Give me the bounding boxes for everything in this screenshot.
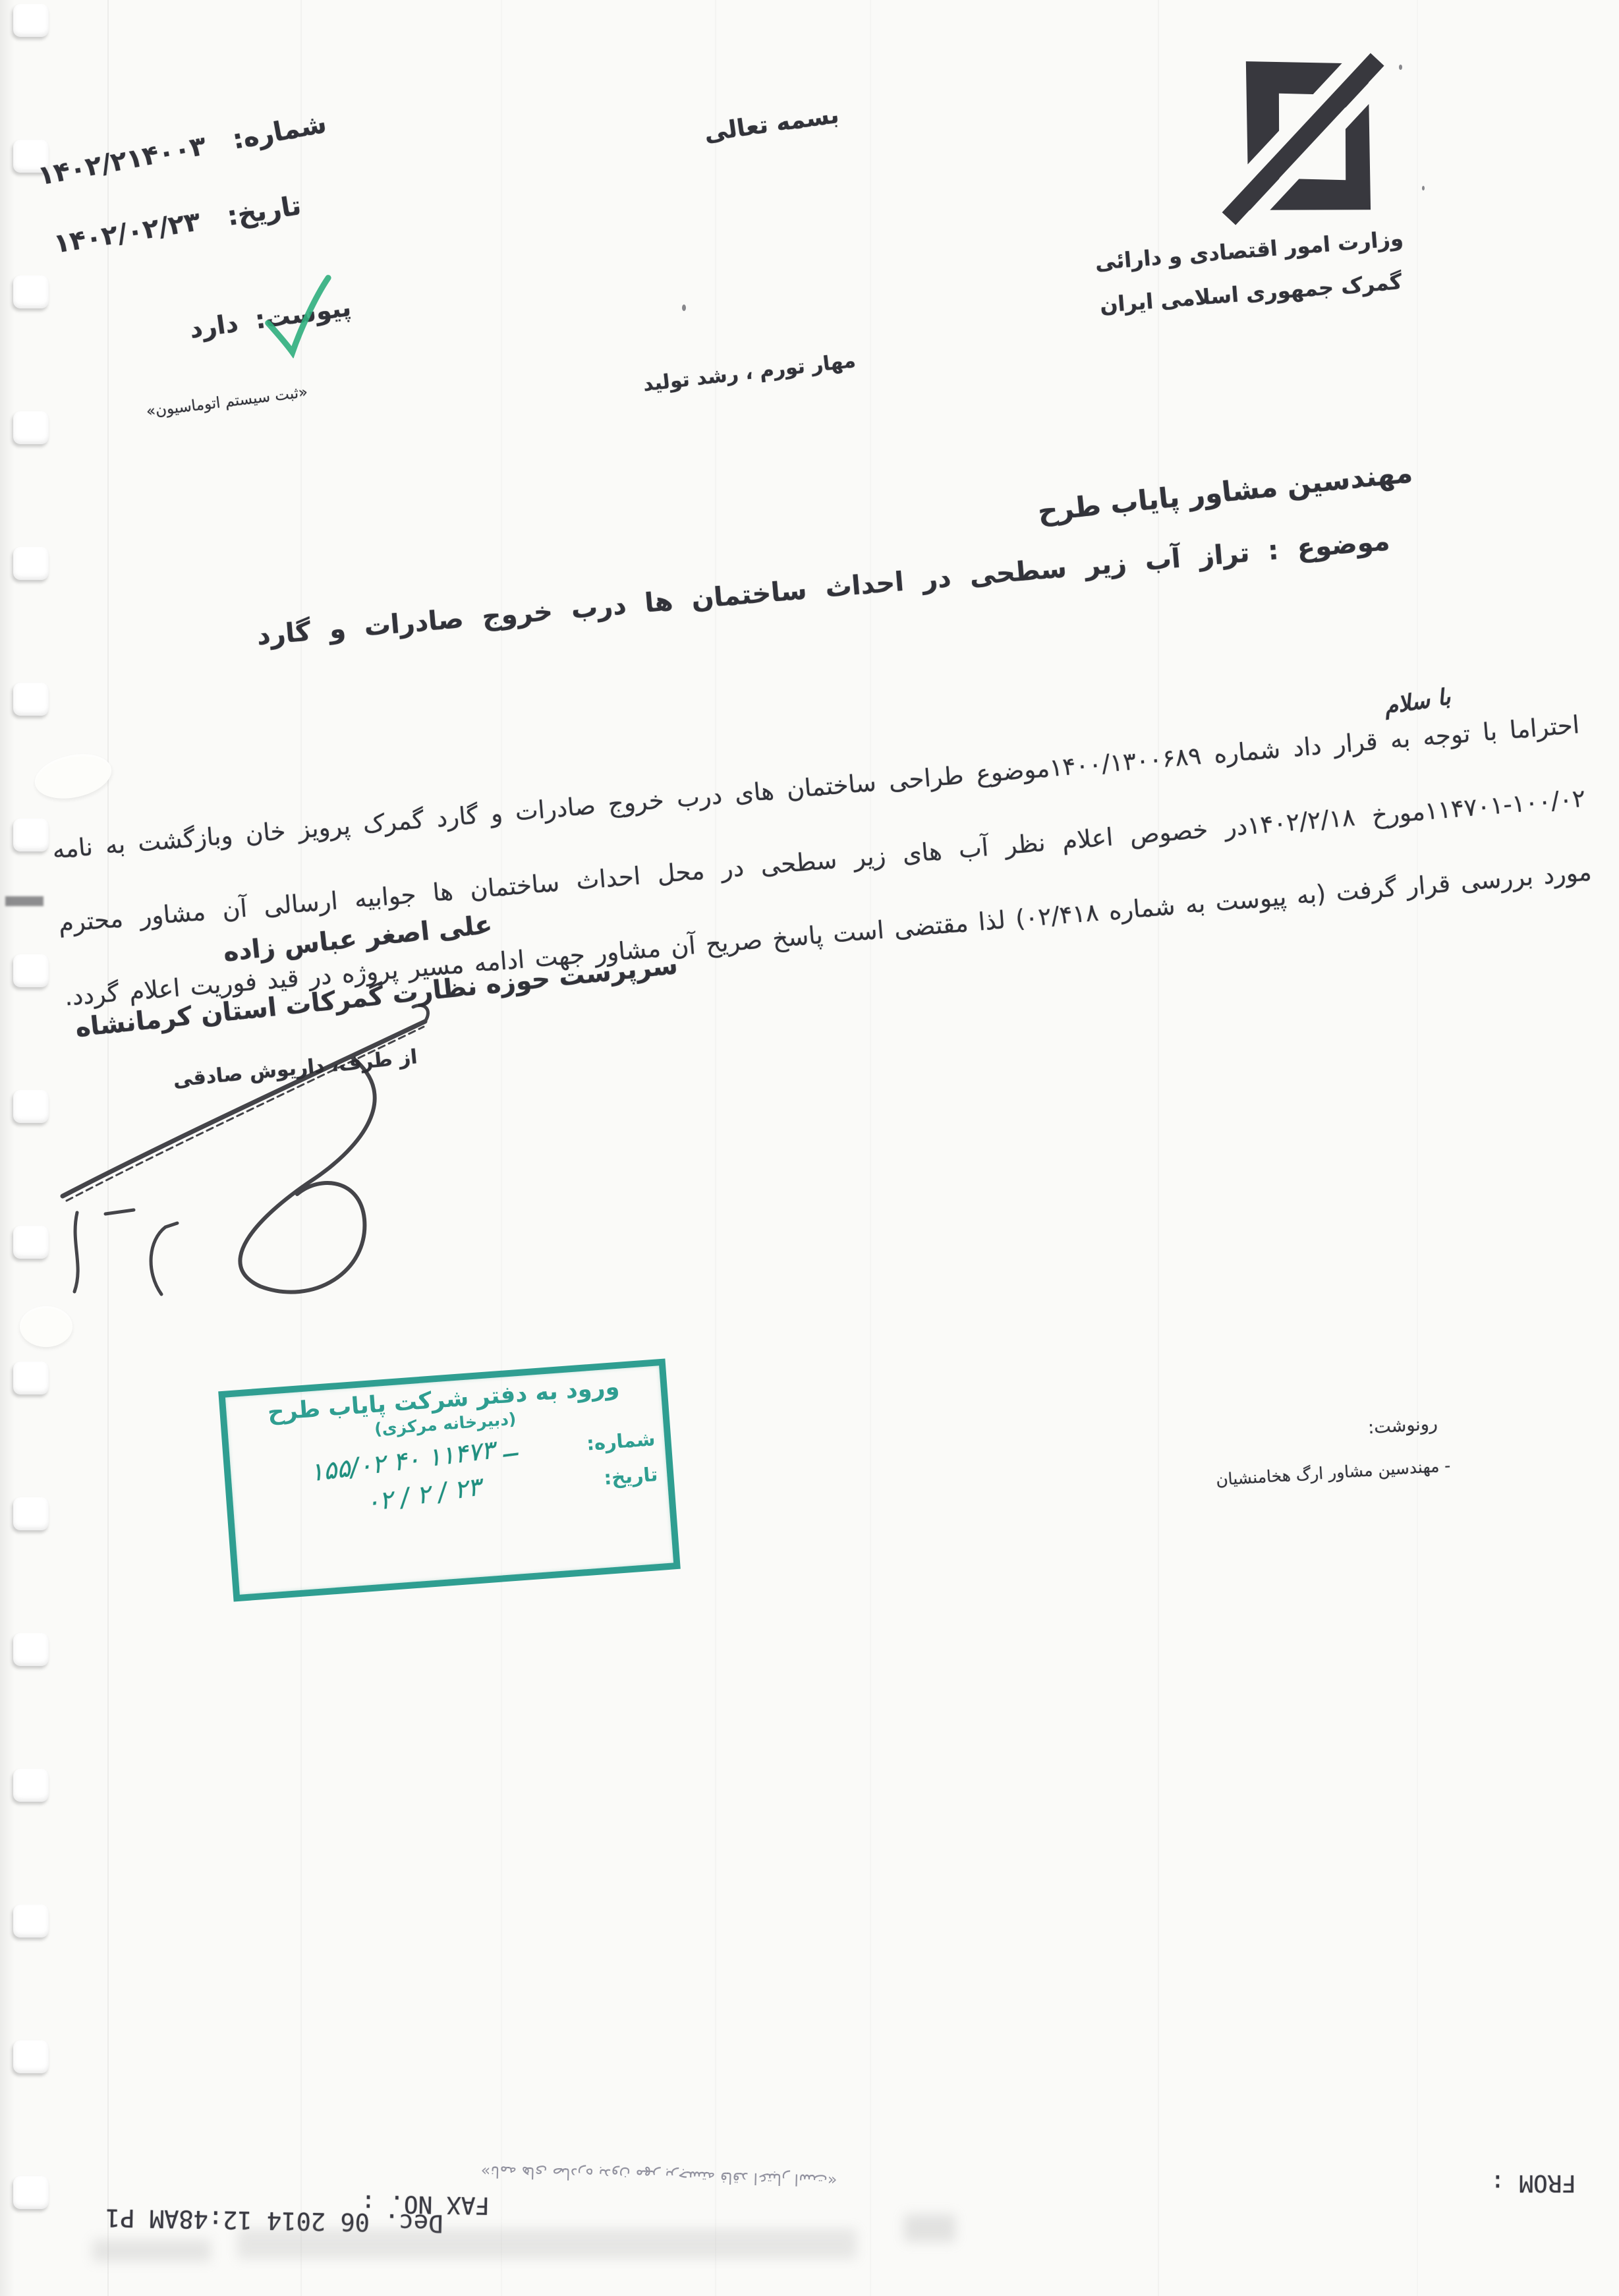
subject-line: موضوع : تراز آب زیر سطحی در احداث ساختما… bbox=[256, 526, 1391, 651]
white-blob bbox=[20, 1306, 72, 1347]
handwritten-signature bbox=[36, 982, 471, 1311]
scan-smudge bbox=[92, 2239, 211, 2262]
stamp-number-label: شماره: bbox=[586, 1427, 656, 1455]
ink-speck bbox=[682, 304, 686, 311]
customs-logo-icon bbox=[1212, 42, 1394, 233]
scan-streak bbox=[715, 0, 716, 2296]
scan-edge-shadow bbox=[0, 0, 14, 2296]
fax-from-label: FROM : bbox=[1491, 2169, 1576, 2196]
besmele-text: بسمه تعالی bbox=[702, 101, 841, 147]
fax-validity-note: «نامه های صادره بدون مهر برجسته فاقد اعت… bbox=[395, 2160, 923, 2193]
ink-speck bbox=[1422, 186, 1425, 190]
ref-number-line: شماره: ۱۴۰۲/۲۱۴۰۰۳ bbox=[36, 108, 329, 191]
scan-streak bbox=[870, 0, 871, 2296]
scan-smudge bbox=[904, 2214, 955, 2242]
cc-label: رونوشت: bbox=[1367, 1414, 1438, 1438]
ref-number-value: ۱۴۰۲/۲۱۴۰۰۳ bbox=[36, 130, 209, 191]
checkmark-icon bbox=[256, 271, 339, 360]
ink-speck bbox=[1399, 65, 1402, 70]
ref-date-line: تاریخ: ۱۴۰۲/۰۲/۲۳ bbox=[51, 190, 303, 260]
greeting-text: با سلام bbox=[1382, 683, 1452, 720]
ministry-name: وزارت امور اقتصادی و دارائی bbox=[1158, 225, 1404, 270]
scan-smudge bbox=[237, 2229, 857, 2259]
binder-hole bbox=[13, 547, 49, 580]
binder-hole bbox=[13, 1497, 49, 1530]
recipient-name: مهندسین مشاور پایاب طرح bbox=[1037, 456, 1414, 527]
automation-note: «ثبت سیستم اتوماسیون» bbox=[145, 384, 308, 420]
binder-hole bbox=[13, 818, 49, 851]
binder-hole bbox=[13, 1769, 49, 1802]
binder-hole bbox=[13, 1633, 49, 1666]
scanned-letter-page: شماره: ۱۴۰۲/۲۱۴۰۰۳ تاریخ: ۱۴۰۲/۰۲/۲۳ پیو… bbox=[0, 0, 1619, 2296]
ref-number-label: شماره: bbox=[230, 108, 329, 155]
ink-smudge bbox=[5, 896, 43, 906]
slogan-text: مهار تورم ، رشد تولید bbox=[642, 349, 857, 397]
scan-streak bbox=[1417, 0, 1418, 2296]
attachment-value: دارد bbox=[188, 308, 240, 344]
binder-hole bbox=[13, 1905, 49, 1937]
cc-item: - مهندسین مشاور ارگ هخامنشیان bbox=[1215, 1456, 1451, 1489]
stamp-date-label: تاریخ: bbox=[603, 1463, 658, 1489]
ref-date-value: ۱۴۰۲/۰۲/۲۳ bbox=[51, 206, 202, 260]
binder-hole bbox=[13, 275, 49, 308]
binder-hole bbox=[13, 2176, 49, 2209]
entry-stamp: ورود به دفتر شرکت پایاب طرح (دبیرخانه مر… bbox=[218, 1359, 681, 1602]
white-blob bbox=[31, 747, 116, 805]
binder-hole bbox=[13, 1362, 49, 1394]
scan-streak bbox=[501, 0, 502, 2296]
ref-date-label: تاریخ: bbox=[225, 190, 303, 232]
customs-org-name: گمرک جمهوری اسلامی ایران bbox=[1151, 269, 1403, 314]
binder-hole bbox=[13, 2040, 49, 2073]
scan-streak bbox=[1158, 0, 1159, 2296]
binder-hole bbox=[13, 411, 49, 444]
binder-hole bbox=[13, 683, 49, 716]
binder-hole bbox=[13, 4, 49, 37]
